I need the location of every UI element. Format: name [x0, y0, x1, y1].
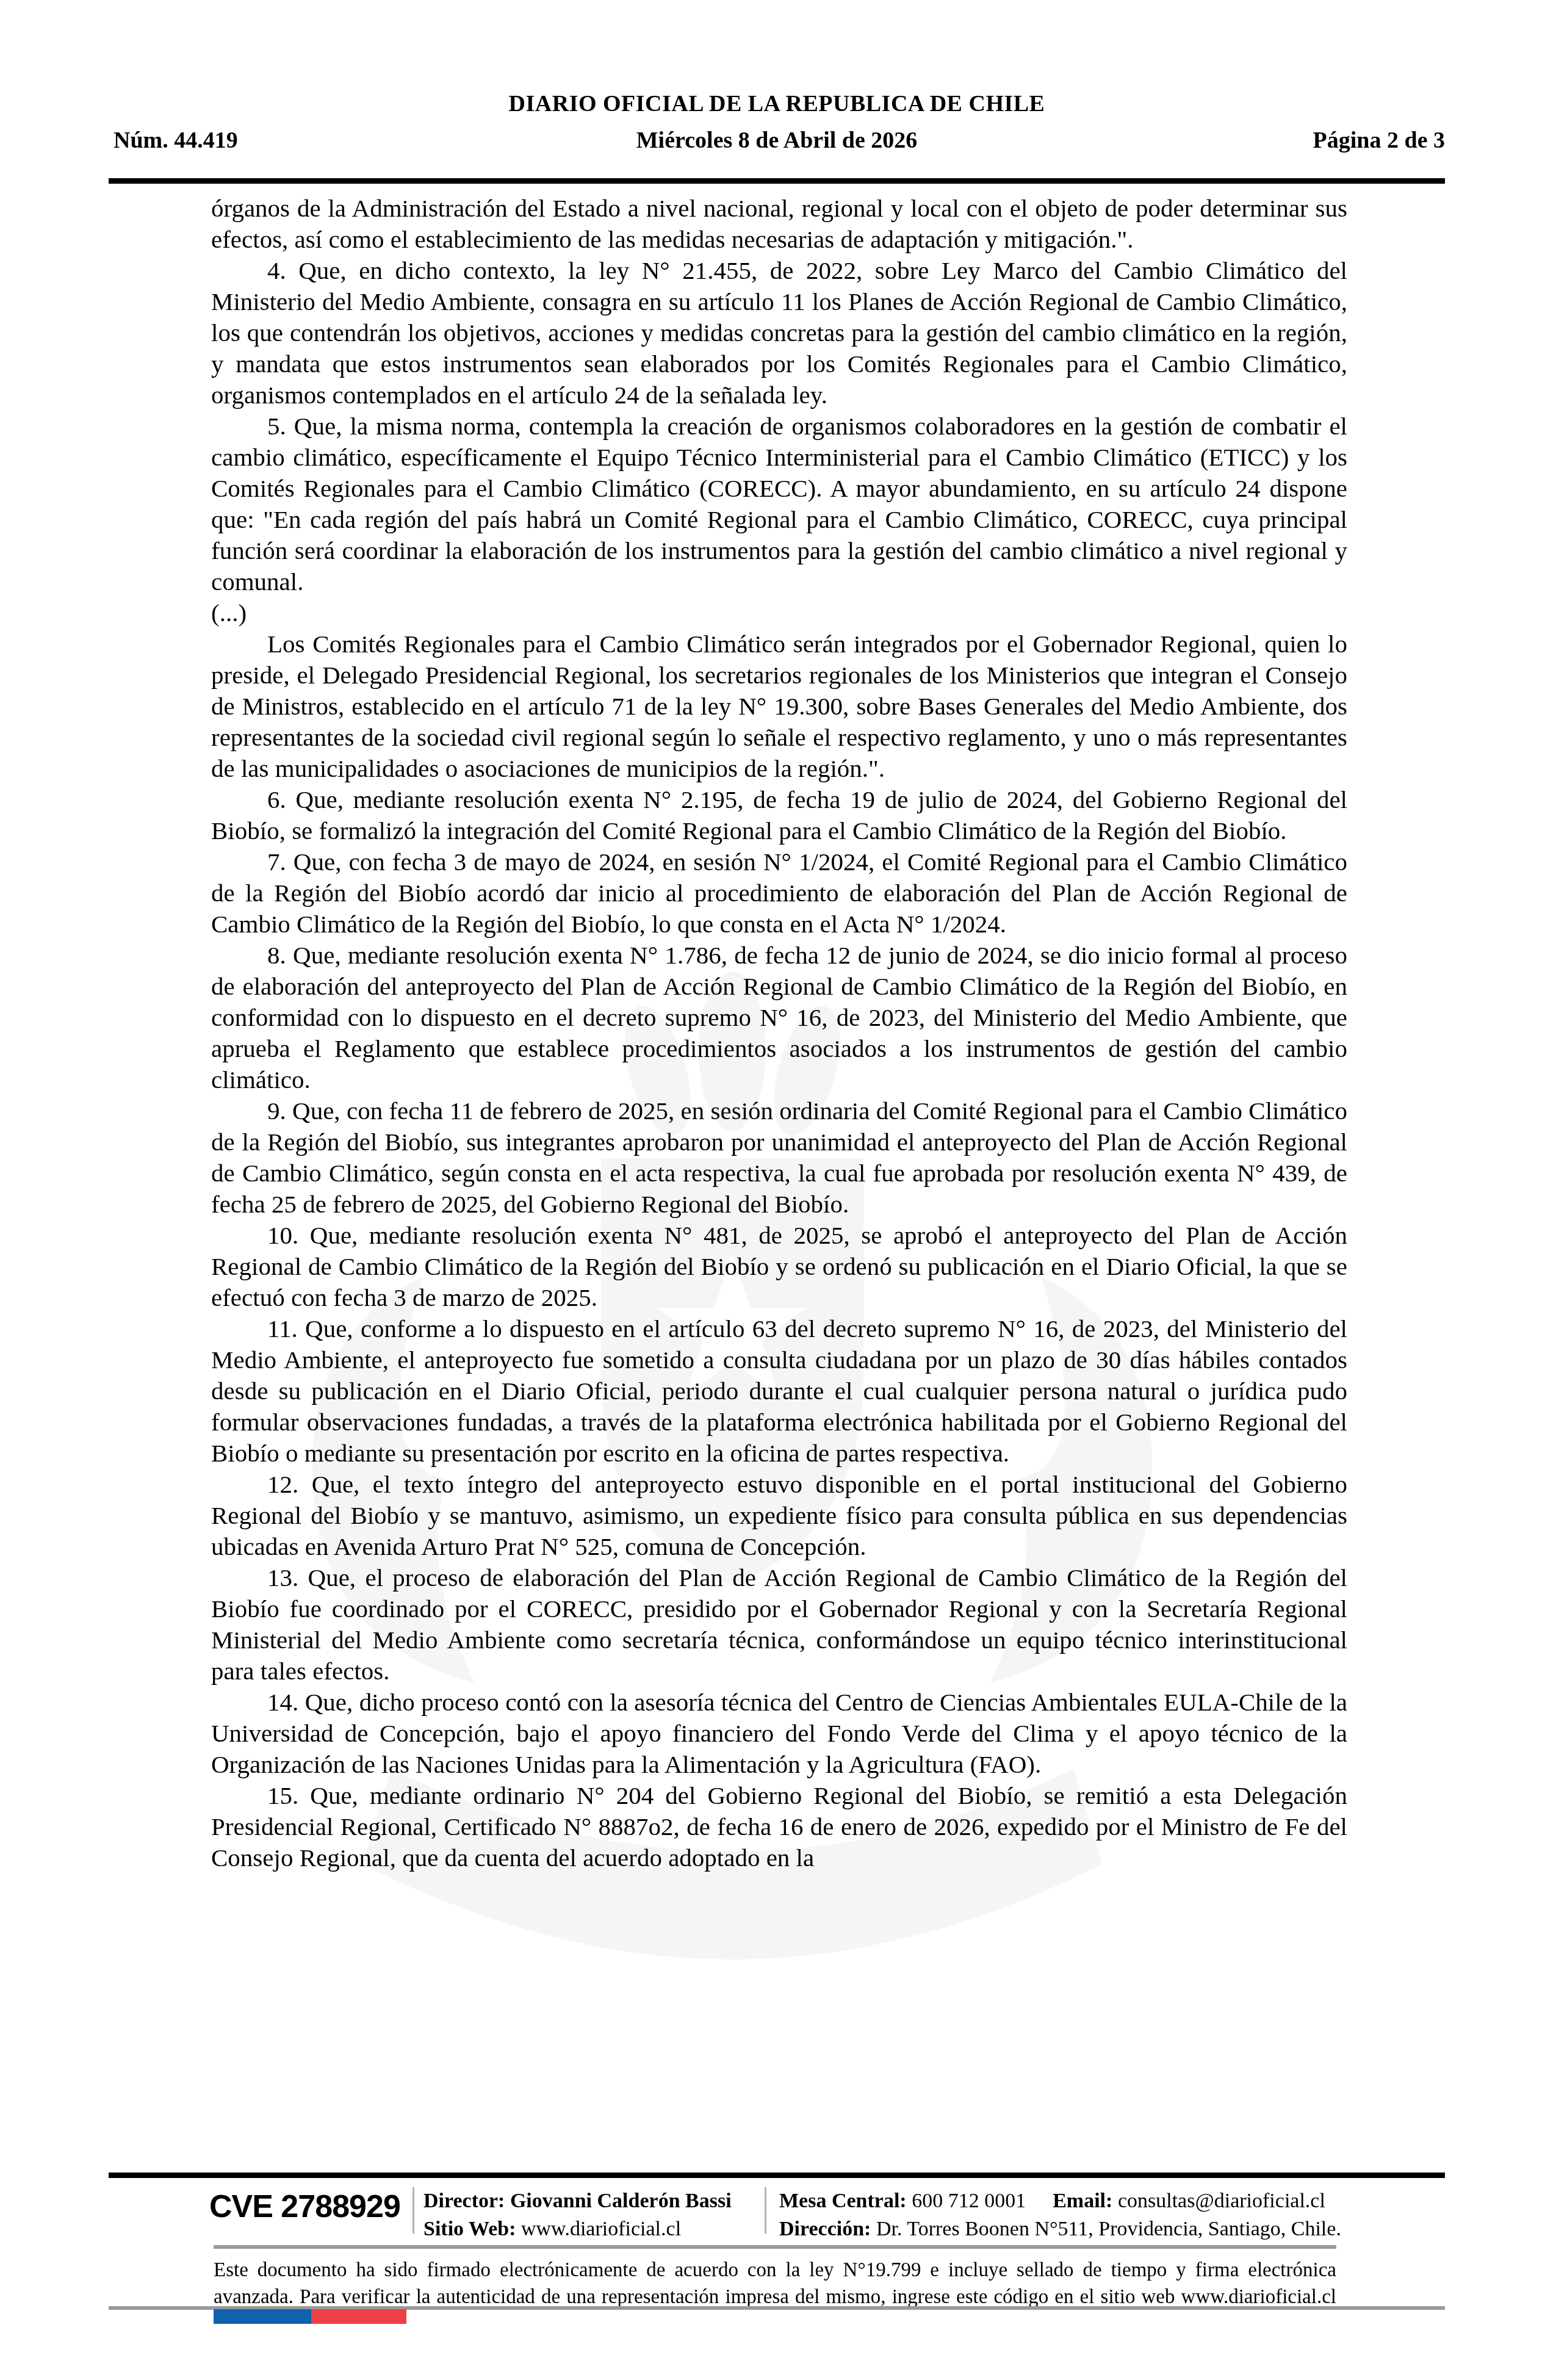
paragraph: 9. Que, con fecha 11 de febrero de 2025,… — [211, 1095, 1347, 1220]
document-body: órganos de la Administración del Estado … — [211, 193, 1347, 1873]
director-name: Giovanni Calderón Bassi — [510, 2190, 732, 2212]
paragraph: 5. Que, la misma norma, contempla la cre… — [211, 411, 1347, 597]
paragraph: 11. Que, conforme a lo dispuesto en el a… — [211, 1313, 1347, 1469]
legal-notice: Este documento ha sido firmado electróni… — [214, 2257, 1336, 2310]
email-label: Email: — [1053, 2190, 1112, 2212]
footer-middle-rule — [214, 2245, 1336, 2249]
website-url: www.diarioficial.cl — [521, 2218, 681, 2240]
paragraph: Los Comités Regionales para el Cambio Cl… — [211, 629, 1347, 784]
document-page: DIARIO OFICIAL DE LA REPUBLICA DE CHILE … — [0, 0, 1556, 2380]
edition-date: Miércoles 8 de Abril de 2026 — [109, 126, 1445, 155]
footer-top-rule — [109, 2173, 1445, 2178]
cve-code: CVE 2788929 — [209, 2188, 400, 2225]
address-value: Dr. Torres Boonen N°511, Providencia, Sa… — [876, 2218, 1341, 2240]
footer-contact-column: Mesa Central: 600 712 0001Email: consult… — [779, 2187, 1341, 2243]
footer-director-column: Director: Giovanni Calderón Bassi Sitio … — [423, 2187, 732, 2243]
paragraph: 15. Que, mediante ordinario N° 204 del G… — [211, 1780, 1347, 1873]
paragraph: 12. Que, el texto íntegro del anteproyec… — [211, 1469, 1347, 1562]
phone-number: 600 712 0001 — [912, 2190, 1026, 2212]
paragraph: 6. Que, mediante resolución exenta N° 2.… — [211, 784, 1347, 846]
chile-flag-red-bar-icon — [311, 2309, 406, 2324]
masthead-title: DIARIO OFICIAL DE LA REPUBLICA DE CHILE — [109, 90, 1445, 117]
header-rule — [109, 178, 1445, 184]
paragraph: órganos de la Administración del Estado … — [211, 193, 1347, 255]
director-line: Director: Giovanni Calderón Bassi — [423, 2187, 732, 2215]
header-row: Núm. 44.419 Miércoles 8 de Abril de 2026… — [109, 126, 1445, 156]
paragraph: 14. Que, dicho proceso contó con la ases… — [211, 1687, 1347, 1780]
website-label: Sitio Web: — [423, 2218, 516, 2240]
address-label: Dirección: — [779, 2218, 871, 2240]
phone-email-line: Mesa Central: 600 712 0001Email: consult… — [779, 2187, 1341, 2215]
paragraph: 4. Que, en dicho contexto, la ley N° 21.… — [211, 255, 1347, 411]
chile-flag-blue-bar-icon — [214, 2309, 311, 2324]
paragraph: 10. Que, mediante resolución exenta N° 4… — [211, 1220, 1347, 1313]
footer-divider — [412, 2187, 414, 2234]
address-line: Dirección: Dr. Torres Boonen N°511, Prov… — [779, 2215, 1341, 2243]
footer-divider — [765, 2187, 766, 2234]
phone-label: Mesa Central: — [779, 2190, 907, 2212]
paragraph: 7. Que, con fecha 3 de mayo de 2024, en … — [211, 846, 1347, 940]
page-indicator: Página 2 de 3 — [1313, 126, 1445, 155]
paragraph: 8. Que, mediante resolución exenta N° 1.… — [211, 940, 1347, 1095]
director-label: Director: — [423, 2190, 505, 2212]
website-line: Sitio Web: www.diarioficial.cl — [423, 2215, 732, 2243]
paragraph: (...) — [211, 597, 1347, 629]
email-address: consultas@diarioficial.cl — [1118, 2190, 1325, 2212]
paragraph: 13. Que, el proceso de elaboración del P… — [211, 1562, 1347, 1687]
